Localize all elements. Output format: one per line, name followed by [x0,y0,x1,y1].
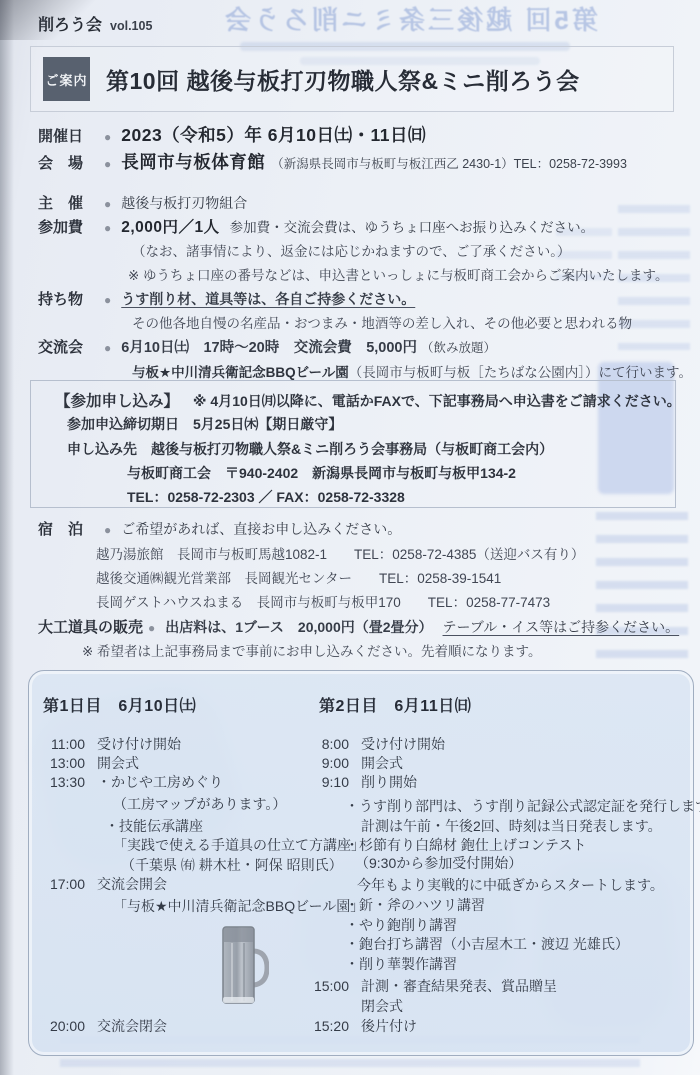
item-text: 開会式 [97,753,139,773]
belongings-sub: その他各地自慢の名産品・おつまみ・地酒等の差し入れ、その他必要と思われる物 [132,312,632,332]
item-text: 削り開始 [361,772,417,792]
sales-underlined: テーブル・イス等はご持参ください。 [443,617,680,637]
item-text: 計測・審査結果発表、賞品贈呈 [361,976,557,996]
fee-price: 2,000円／1人 [121,215,219,237]
schedule-item: 9:10削り開始 [303,772,417,792]
schedule-item: 15:20後片付け [303,1016,417,1036]
application-heading-note: ※ 4月10日㈪以降に、電話かFAXで、下記事務局へ申込書をご請求ください。 [193,393,681,409]
info-row-sales: 大工道具の販売 ● 出店料は、1ブース 20,000円（畳2畳分） テーブル・イ… [38,616,679,637]
schedule-item: ・削り華製作講習 [345,954,457,974]
info-row-belongings: 持ち物 ● うす削り材、道具等は、各自ご持参ください。 [38,288,415,309]
item-time: 15:20 [303,1018,349,1034]
bullet-icon: ● [104,130,111,144]
bullet-icon: ● [104,221,111,235]
bullet-icon: ● [148,621,155,635]
info-row-lodging: 宿 泊 ● ご希望があれば、直接お申し込みください。 [38,518,401,539]
item-text: 閉会式 [361,996,403,1016]
venue-detail: （新潟県長岡市与板町与板江西乙 2430-1）TEL：0258-72-3993 [271,154,627,172]
item-time: 13:00 [39,755,85,771]
application-to: 申し込み先 越後与板打刃物職人祭&ミニ削ろう会事務局（与板町商工会内） [67,439,553,459]
lodging-option: 越後交通㈱観光営業部 長岡観光センター TEL：0258-39-1541 [96,567,501,587]
info-row-date: 開催日 ● 2023（令和5）年 6月10日㈯・11日㈰ [38,122,426,147]
item-text: 開会式 [361,753,403,773]
schedule-box: 第1日目 6月10日㈯ 11:00受け付け開始 13:00開会式 13:30・か… [28,670,694,1056]
info-label: 開催日 [38,125,104,146]
schedule-item: （千葉県 ㈲ 耕木杜・阿保 昭則氏） [121,855,343,875]
item-text: ・やり鉋削り講習 [345,915,457,935]
page-title: 第10回 越後与板打刃物職人祭&ミニ削ろう会 [106,63,580,96]
application-box: 【参加申し込み】 ※ 4月10日㈪以降に、電話かFAXで、下記事務局へ申込書をご… [30,380,676,508]
item-text: ・鉋台打ち講習（小吉屋木工・渡辺 光雄氏） [345,934,629,954]
schedule-item: 20:00交流会閉会 [39,1016,167,1036]
bullet-icon: ● [104,293,111,307]
item-text: 受け付け開始 [97,734,181,754]
belongings-main: うす削り材、道具等は、各自ご持参ください。 [121,289,415,309]
item-text: ・技能伝承講座 [105,816,203,836]
day2-title: 第2日目 6月11日㈰ [319,693,471,716]
item-text: （9:30から参加受付開始） [355,853,522,873]
ghost-bleed-title: 第5回 越後三条ミニ削ろう会 [130,0,690,37]
application-address: 与板町商工会 〒940-2402 新潟県長岡市与板町与板甲134-2 [127,463,516,483]
schedule-item: 計測は午前・午後2回、時刻は当日発表します。 [361,816,662,836]
info-label: 持ち物 [38,288,104,309]
application-heading: 【参加申し込み】 [55,393,179,410]
schedule-item: 8:00受け付け開始 [303,734,445,754]
item-time: 9:10 [303,774,349,790]
item-text: 計測は午前・午後2回、時刻は当日発表します。 [361,816,662,836]
party-main: 6月10日㈯ 17時～20時 交流会費 5,000円 [121,336,417,357]
schedule-item: 17:00交流会開会 [39,874,167,894]
application-deadline: 参加申込締切期日 5月25日㈭【期日厳守】 [67,414,342,434]
item-text: 「実践で使える手道具の仕立て方講座」 [113,835,365,855]
photo-corner-shadow [0,0,120,40]
item-text: 受け付け開始 [361,734,445,754]
item-text: 今年もより実戦的に中砥ぎからスタートします。 [357,875,664,895]
party-venue-line: 与板★中川清兵衛記念BBQビール園（長岡市与板町与板［たちばな公園内］）にて行い… [132,361,692,381]
item-text: ・かじや工房めぐり [97,772,223,792]
application-heading-line: 【参加申し込み】 ※ 4月10日㈪以降に、電話かFAXで、下記事務局へ申込書をご… [55,389,681,411]
schedule-item: 13:00開会式 [39,753,139,773]
flyer-page: 第5回 越後三条ミニ削ろう会 削ろう会 vol.105 ご案内 第10回 越後与… [0,0,700,1075]
item-time: 20:00 [39,1018,85,1034]
day1-title: 第1日目 6月10日㈯ [43,693,196,716]
bullet-icon: ● [104,341,111,355]
application-telfax: TEL：0258-72-2303 ／ FAX：0258-72-3328 [127,487,405,507]
fee-subnote-1: （なお、諸事情により、返金には応じかねますので、ご了承ください。） [132,240,570,260]
info-label: 大工道具の販売 [38,616,148,637]
item-text: 後片付け [361,1016,417,1036]
info-row-fee: 参加費 ● 2,000円／1人 参加費・交流会費は、ゆうちょ口座へお振り込みくだ… [38,215,594,237]
schedule-item: 11:00受け付け開始 [39,734,181,754]
lodging-option: 長岡ゲストハウスねまる 長岡市与板町与板甲170 TEL：0258-77-747… [96,591,550,611]
info-label: 交流会 [38,336,104,357]
schedule-item: （工房マップがあります。） [113,794,286,814]
schedule-item: 閉会式 [361,996,403,1016]
lodging-option: 越乃湯旅館 長岡市与板町馬越1082-1 TEL：0258-72-4385（送迎… [96,543,584,563]
schedule-item: ・やり鉋削り講習 [345,915,457,935]
item-time: 15:00 [303,978,349,994]
sales-note: ※ 希望者は上記事務局まで事前にお申し込みください。先着順になります。 [82,640,541,660]
item-text: 交流会閉会 [97,1016,167,1036]
schedule-item: （9:30から参加受付開始） [355,853,522,873]
notice-title-frame: ご案内 第10回 越後与板打刃物職人祭&ミニ削ろう会 [30,46,674,112]
host-name: 越後与板打刃物組合 [121,193,247,213]
item-text: ・うす削り部門は、うす削り記録公式認定証を発行します。 [345,796,700,816]
schedule-item: 13:30・かじや工房めぐり [39,772,223,792]
bullet-icon: ● [104,157,111,171]
beer-mug-image [217,923,269,1009]
info-label: 宿 泊 [38,518,104,539]
lodging-intro: ご希望があれば、直接お申し込みください。 [121,519,401,539]
bullet-icon: ● [104,197,111,211]
photo-edge-shadow [0,0,14,1075]
info-row-venue: 会 場 ● 長岡市与板体育館 （新潟県長岡市与板町与板江西乙 2430-1）TE… [38,149,627,174]
item-text: ・杉節有り白綿材 鉋仕上げコンテスト [345,835,586,855]
item-time: 17:00 [39,876,85,892]
schedule-item: ・鉋台打ち講習（小吉屋木工・渡辺 光雄氏） [345,934,629,954]
bullet-icon: ● [104,523,111,537]
sales-main: 出店料は、1ブース 20,000円（畳2畳分） [165,617,432,637]
ghost-bleed-lines [596,512,688,662]
item-time: 9:00 [303,755,349,771]
info-row-host: 主 催 ● 越後与板打刃物組合 [38,192,247,213]
item-text: ・削り華製作講習 [345,954,457,974]
fee-subnote-2: ※ ゆうちょ口座の番号などは、申込書といっしょに与板町商工会からご案内いたします… [128,264,668,284]
item-time: 11:00 [39,736,85,752]
schedule-item: 15:00計測・審査結果発表、賞品贈呈 [303,976,557,996]
item-text: ・釿・斧のハツリ講習 [345,895,485,915]
item-text: （工房マップがあります。） [113,794,286,814]
schedule-item: ・技能伝承講座 [105,816,203,836]
item-text: 「与板★中川清兵衛記念BBQビール園」 [113,896,364,916]
schedule-item: 9:00開会式 [303,753,403,773]
schedule-item: ・うす削り部門は、うす削り記録公式認定証を発行します。 [345,796,700,816]
party-venue-rest: （長岡市与板町与板［たちばな公園内］）にて行います。 [349,365,692,380]
item-time: 8:00 [303,736,349,752]
fee-note: 参加費・交流会費は、ゆうちょ口座へお振り込みください。 [230,216,595,236]
schedule-item: 今年もより実戦的に中砥ぎからスタートします。 [357,875,664,895]
info-label: 主 催 [38,192,104,213]
schedule-item: ・杉節有り白綿材 鉋仕上げコンテスト [345,835,586,855]
party-main-note: （飲み放題） [421,338,496,356]
item-text: 交流会開会 [97,874,167,894]
item-text: （千葉県 ㈲ 耕木杜・阿保 昭則氏） [121,855,343,875]
party-venue-bold: 与板★中川清兵衛記念BBQビール園 [132,365,349,380]
schedule-item: 「与板★中川清兵衛記念BBQビール園」 [113,896,364,916]
info-label: 参加費 [38,216,104,237]
event-dates: 2023（令和5）年 6月10日㈯・11日㈰ [121,122,426,147]
notice-badge: ご案内 [43,57,90,101]
item-time: 13:30 [39,774,85,790]
info-row-party: 交流会 ● 6月10日㈯ 17時～20時 交流会費 5,000円 （飲み放題） [38,336,496,357]
schedule-item: ・釿・斧のハツリ講習 [345,895,485,915]
venue-name: 長岡市与板体育館 [121,149,265,174]
schedule-item: 「実践で使える手道具の仕立て方講座」 [113,835,365,855]
info-label: 会 場 [38,152,104,173]
